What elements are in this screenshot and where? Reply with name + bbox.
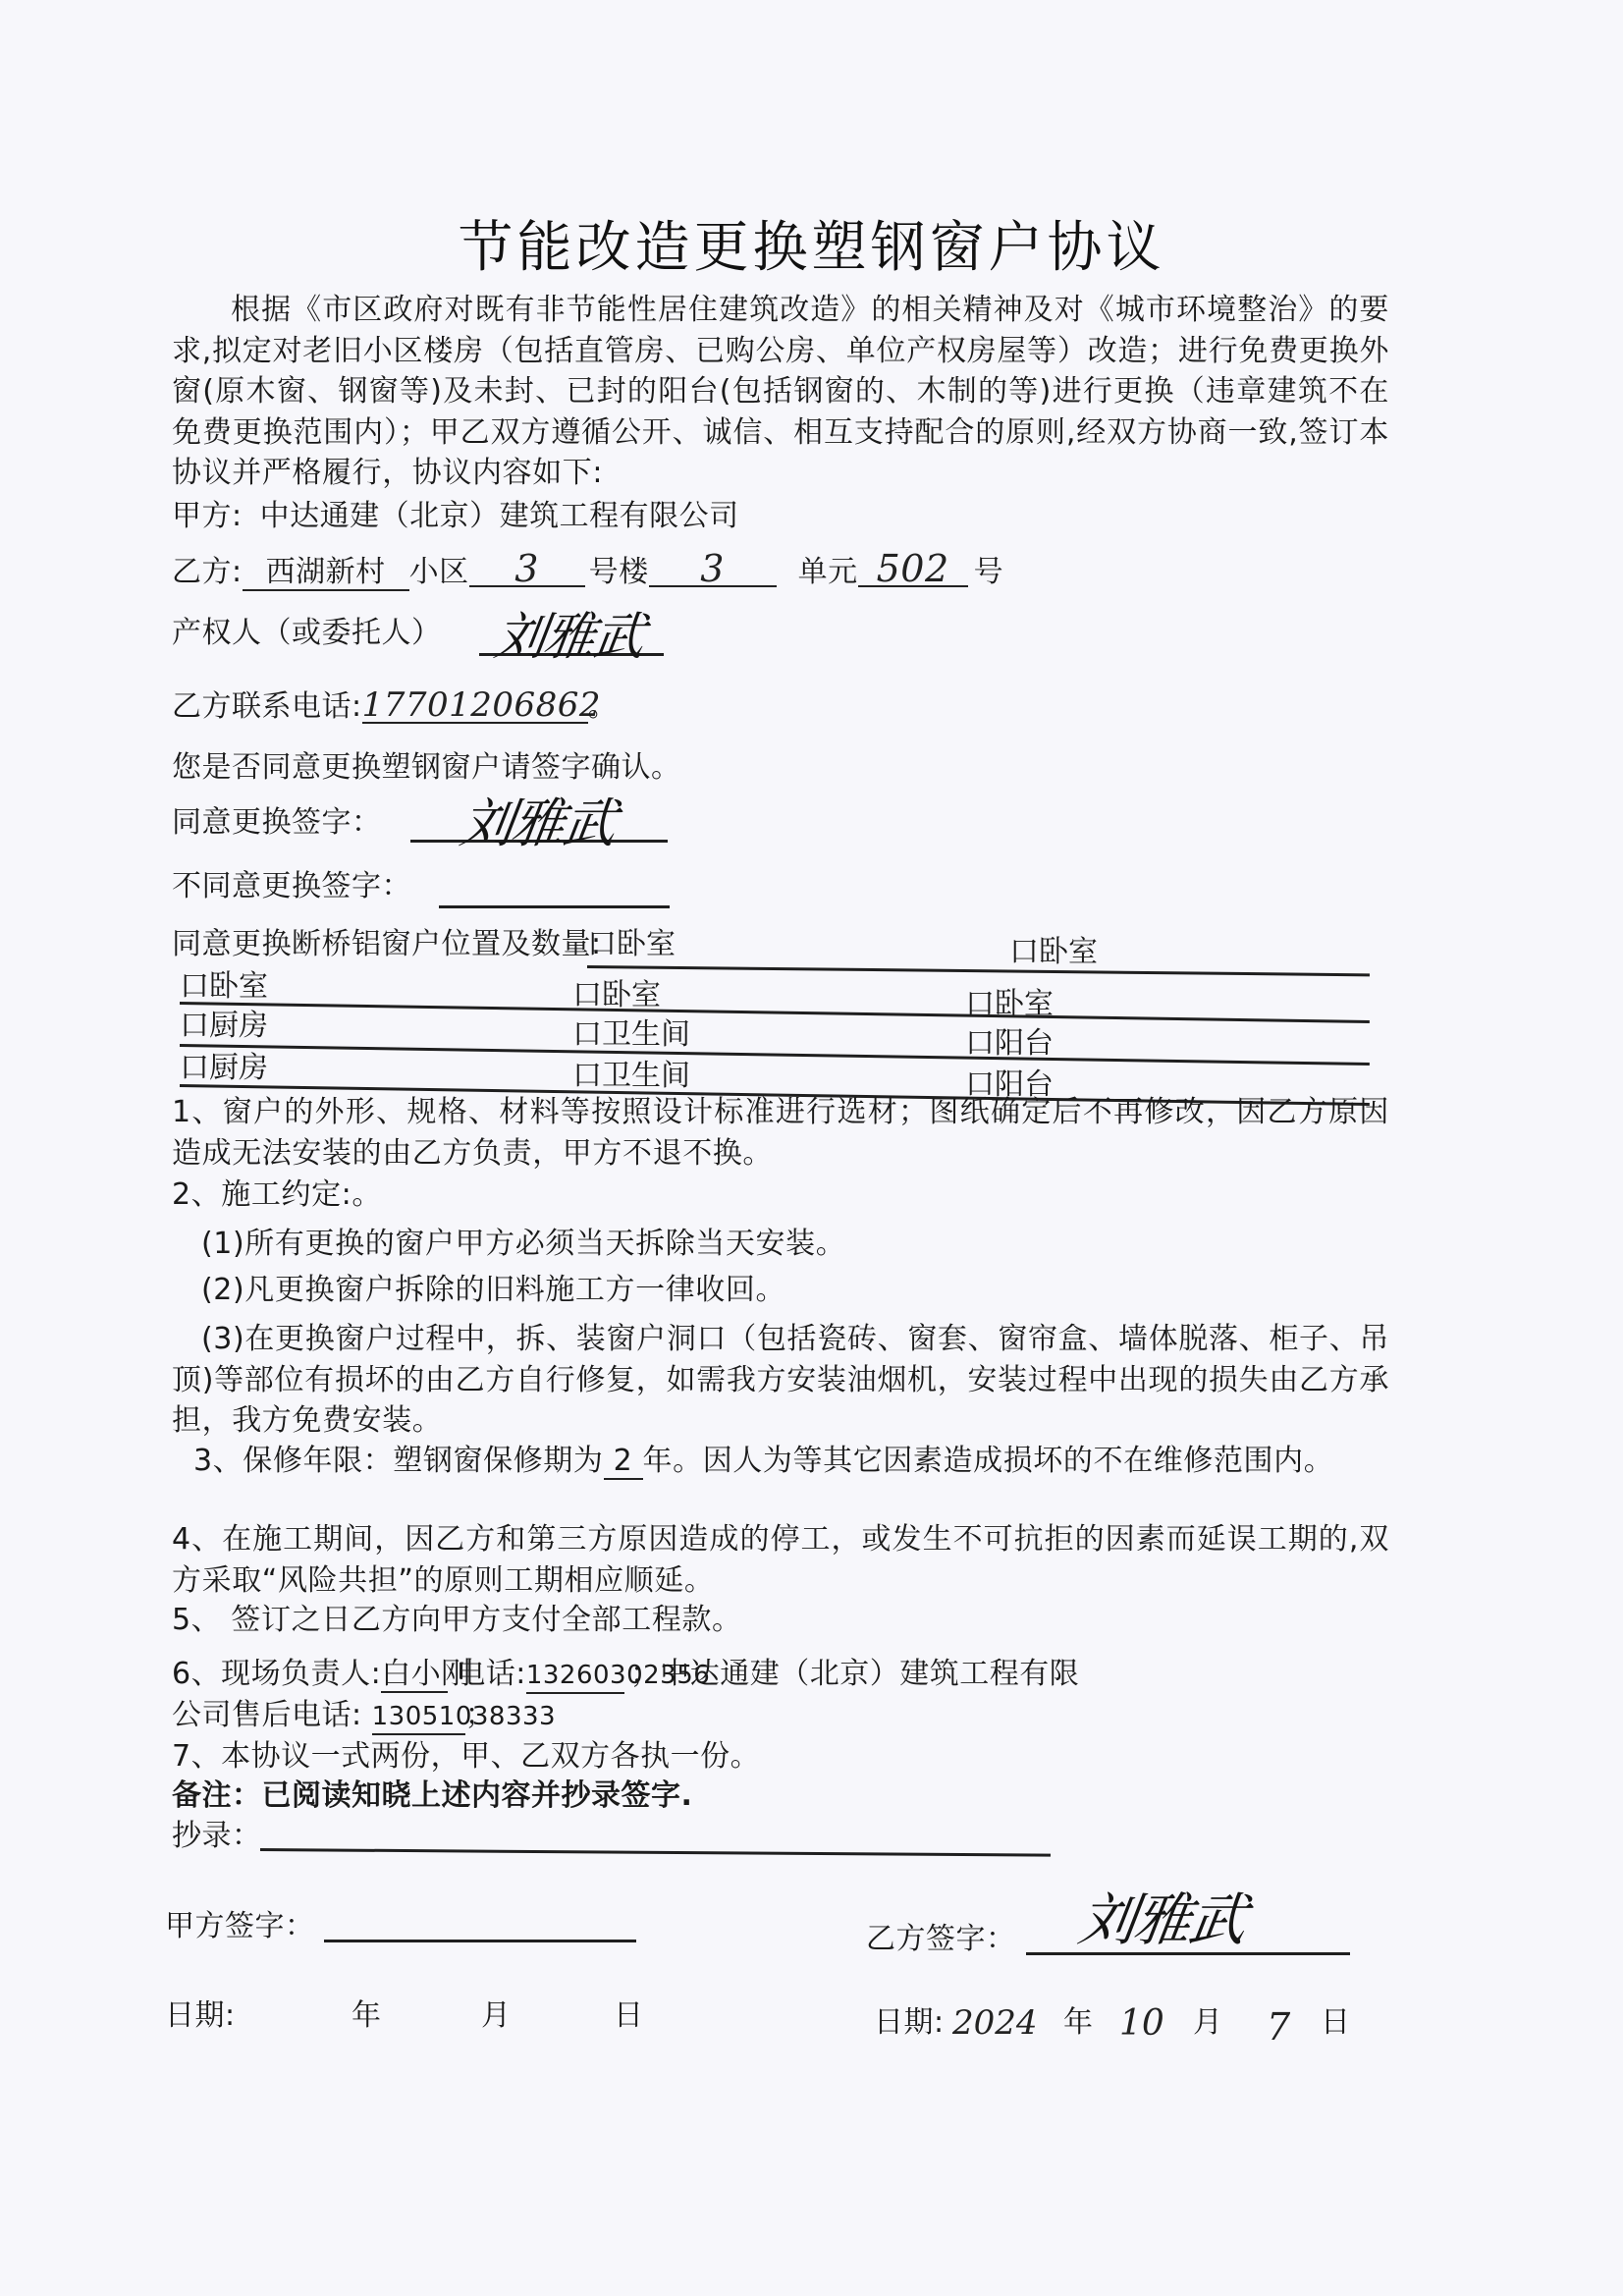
party-a-signature-line[interactable] <box>324 1940 636 1942</box>
party-b-line: 乙方:西湖新村小区3号楼3单元502号 <box>172 552 1003 592</box>
row-line <box>180 1002 1370 1023</box>
party-b-year[interactable]: 2024 <box>952 2003 1038 2043</box>
building-suffix: 号楼 <box>589 555 649 589</box>
clause-6-line-2: 公司售后电话:13051038333； <box>172 1696 495 1735</box>
party-a-line: 甲方: 中达通建（北京）建筑工程有限公司 <box>172 497 739 536</box>
room-field[interactable]: 502 <box>858 552 968 587</box>
disagree-sign-label: 不同意更换签字： <box>172 867 411 906</box>
clause-3: 3、保修年限：塑钢窗保修期为2年。因人为等其它因素造成损坏的不在维修范围内。 <box>172 1441 1389 1482</box>
party-b-day[interactable]: 7 <box>1267 2005 1290 2049</box>
party-a-sign-label: 甲方签字： <box>165 1907 315 1946</box>
owner-label: 产权人（或委托人） <box>172 614 442 653</box>
party-a-day-unit: 日 <box>614 1996 644 2036</box>
room-suffix: 号 <box>974 555 1004 589</box>
row-line <box>587 965 1370 976</box>
unit-field[interactable]: 3 <box>649 552 777 587</box>
community-field[interactable]: 西湖新村 <box>243 556 409 591</box>
party-b-date-label: 日期: <box>874 2003 945 2043</box>
copy-label: 抄录： <box>172 1817 262 1856</box>
owner-signature[interactable]: 刘雅武 <box>491 595 649 669</box>
disagree-signature-line[interactable] <box>439 905 670 908</box>
row-line <box>180 1044 1370 1066</box>
window-option[interactable]: 口卧室 <box>587 927 676 962</box>
warranty-years-field[interactable]: 2 <box>604 1445 643 1480</box>
aftersale-phone[interactable]: 13051038333 <box>372 1700 465 1735</box>
phone-field[interactable]: 17701206862 <box>362 688 588 724</box>
remark: 备注：已阅读知晓上述内容并抄录签字. <box>172 1777 692 1816</box>
phone-suffix: 。 <box>588 689 619 724</box>
clause-6-line-1: 6、现场负责人:白小刚电话:13260302356；中达通建（北京）建筑工程有限 <box>172 1655 1079 1694</box>
preamble-paragraph: 根据《市区政府对既有非节能性居住建筑改造》的相关精神及对《城市环境整治》的要求,… <box>172 290 1389 494</box>
clause-2: 2、施工约定:。 <box>172 1175 1389 1216</box>
clause-1: 1、窗户的外形、规格、材料等按照设计标准进行选材；图纸确定后不再修改，因乙方原因… <box>172 1092 1389 1174</box>
clause-7: 7、本协议一式两份，甲、乙双方各执一份。 <box>172 1737 760 1777</box>
community-suffix: 小区 <box>409 555 469 589</box>
clause-4: 4、在施工期间，因乙方和第三方原因造成的停工，或发生不可抗拒的因素而延误工期的,… <box>172 1519 1389 1601</box>
clause-3-prefix: 3、保修年限：塑钢窗保修期为 <box>193 1444 604 1478</box>
phone-line: 乙方联系电话:17701206862。 <box>172 687 618 727</box>
party-b-year-unit: 年 <box>1063 2003 1094 2043</box>
clause-6-company: ；中达通建（北京）建筑工程有限 <box>630 1657 1080 1691</box>
party-b-signature[interactable]: 刘雅武 <box>1074 1874 1251 1956</box>
phone-label: 乙方联系电话: <box>172 689 362 724</box>
clause-5: 5、 签订之日乙方向甲方支付全部工程款。 <box>172 1600 1389 1641</box>
aftersale-label: 公司售后电话: <box>172 1698 362 1732</box>
site-manager-field[interactable]: 白小刚 <box>381 1658 448 1693</box>
site-manager-phone[interactable]: 13260302356 <box>526 1659 624 1694</box>
window-locations-label: 同意更换断桥铝窗户位置及数量: <box>172 925 602 964</box>
party-a-date-label: 日期: <box>165 1996 236 2036</box>
window-option[interactable]: 口卫生间 <box>572 1017 690 1053</box>
party-b-sign-label: 乙方签字： <box>866 1920 1016 1959</box>
party-a-year-unit: 年 <box>352 1996 382 2036</box>
clause-2-1: (1)所有更换的窗户甲方必须当天拆除当天安装。 <box>172 1224 1389 1265</box>
window-option[interactable]: 口厨房 <box>180 1009 268 1044</box>
unit-suffix: 单元 <box>798 555 858 589</box>
party-a-label: 甲方: <box>172 499 243 533</box>
window-option[interactable]: 口卧室 <box>180 969 268 1005</box>
document-title: 节能改造更换塑钢窗户协议 <box>0 204 1623 283</box>
party-b-month[interactable]: 10 <box>1119 2003 1164 2044</box>
clause-6-prefix: 6、现场负责人: <box>172 1657 381 1691</box>
window-option[interactable]: 口卧室 <box>1009 935 1098 970</box>
party-a-name: 中达通建（北京）建筑工程有限公司 <box>260 499 739 533</box>
clause-6-end: ； <box>465 1698 496 1732</box>
clause-2-2: (2)凡更换窗户拆除的旧料施工方一律收回。 <box>172 1270 1389 1311</box>
party-a-month-unit: 月 <box>481 1996 512 2036</box>
agree-sign-label: 同意更换签字： <box>172 803 382 843</box>
clause-6-phone-label: 电话: <box>456 1657 526 1691</box>
copy-line[interactable] <box>260 1848 1051 1857</box>
window-option[interactable]: 口厨房 <box>180 1051 268 1086</box>
party-b-label: 乙方: <box>172 555 243 589</box>
party-b-day-unit: 日 <box>1321 2003 1351 2043</box>
clause-2-3: (3)在更换窗户过程中，拆、装窗户洞口（包括瓷砖、窗套、窗帘盒、墙体脱落、柜子、… <box>172 1319 1389 1442</box>
building-field[interactable]: 3 <box>469 552 585 587</box>
agree-signature[interactable]: 刘雅武 <box>457 782 621 857</box>
clause-3-suffix: 年。因人为等其它因素造成损坏的不在维修范围内。 <box>643 1444 1334 1478</box>
window-option[interactable]: 口卫生间 <box>572 1059 690 1094</box>
party-b-month-unit: 月 <box>1193 2003 1223 2043</box>
